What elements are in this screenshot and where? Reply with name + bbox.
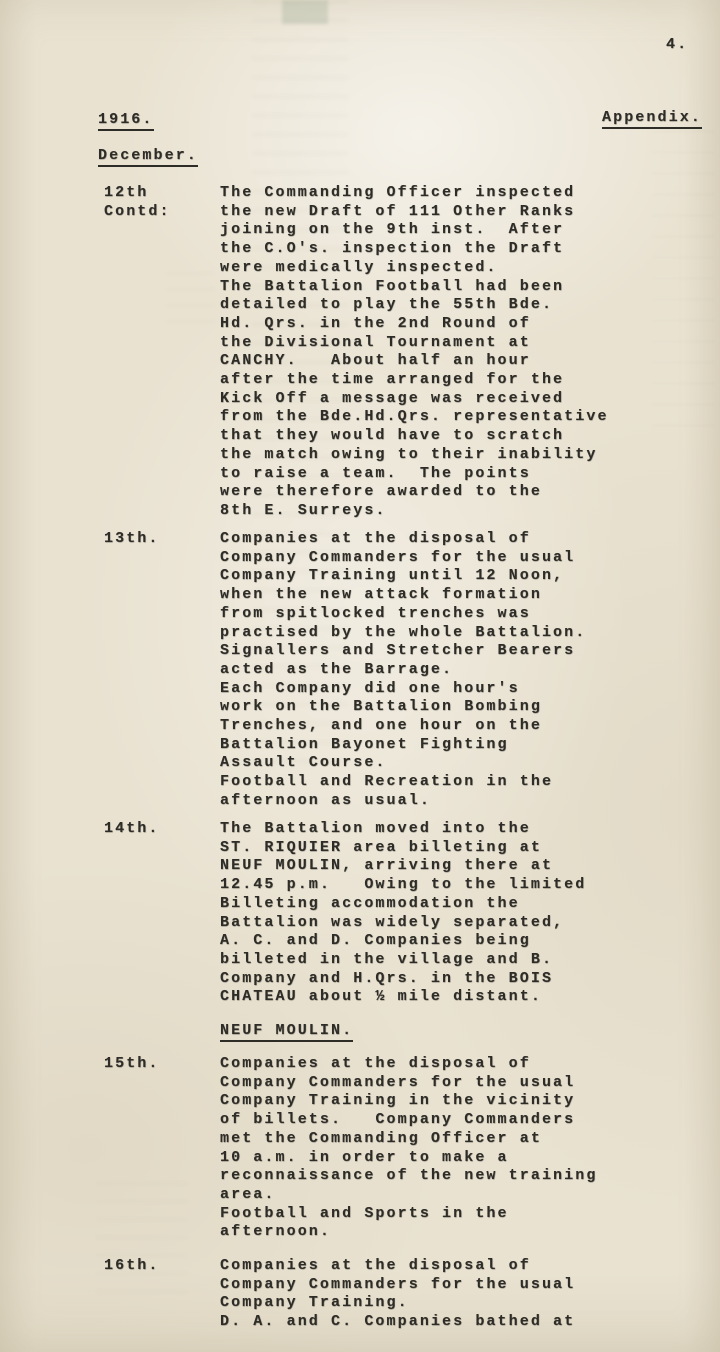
- entry-date-16th: 16th.: [104, 1257, 160, 1276]
- bleed-through-artifact: [652, 130, 714, 430]
- entry-body-16th: Companies at the disposal of Company Com…: [220, 1257, 575, 1332]
- month-heading: December.: [98, 147, 198, 167]
- war-diary-page: 4. 1916. Appendix. December. 12th Contd:…: [0, 0, 720, 1352]
- bleed-through-artifact: [166, 272, 214, 336]
- page-number: 4.: [666, 36, 688, 55]
- entry-date-13th: 13th.: [104, 530, 160, 549]
- year-heading: 1916.: [98, 111, 154, 131]
- entry-body-13th: Companies at the disposal of Company Com…: [220, 530, 586, 811]
- entry-body-12th: The Commanding Officer inspected the new…: [220, 184, 609, 521]
- entry-date-15th: 15th.: [104, 1055, 160, 1074]
- bleed-through-artifact: [282, 0, 328, 24]
- entry-date-12th: 12th Contd:: [104, 184, 171, 221]
- entry-body-14th: The Battalion moved into the ST. RIQUIER…: [220, 820, 586, 1007]
- entry-body-15th: Companies at the disposal of Company Com…: [220, 1055, 597, 1242]
- entry-date-14th: 14th.: [104, 820, 160, 839]
- bleed-through-artifact: [96, 1182, 188, 1304]
- location-heading: NEUF MOULIN.: [220, 1022, 353, 1042]
- appendix-heading: Appendix.: [602, 109, 702, 129]
